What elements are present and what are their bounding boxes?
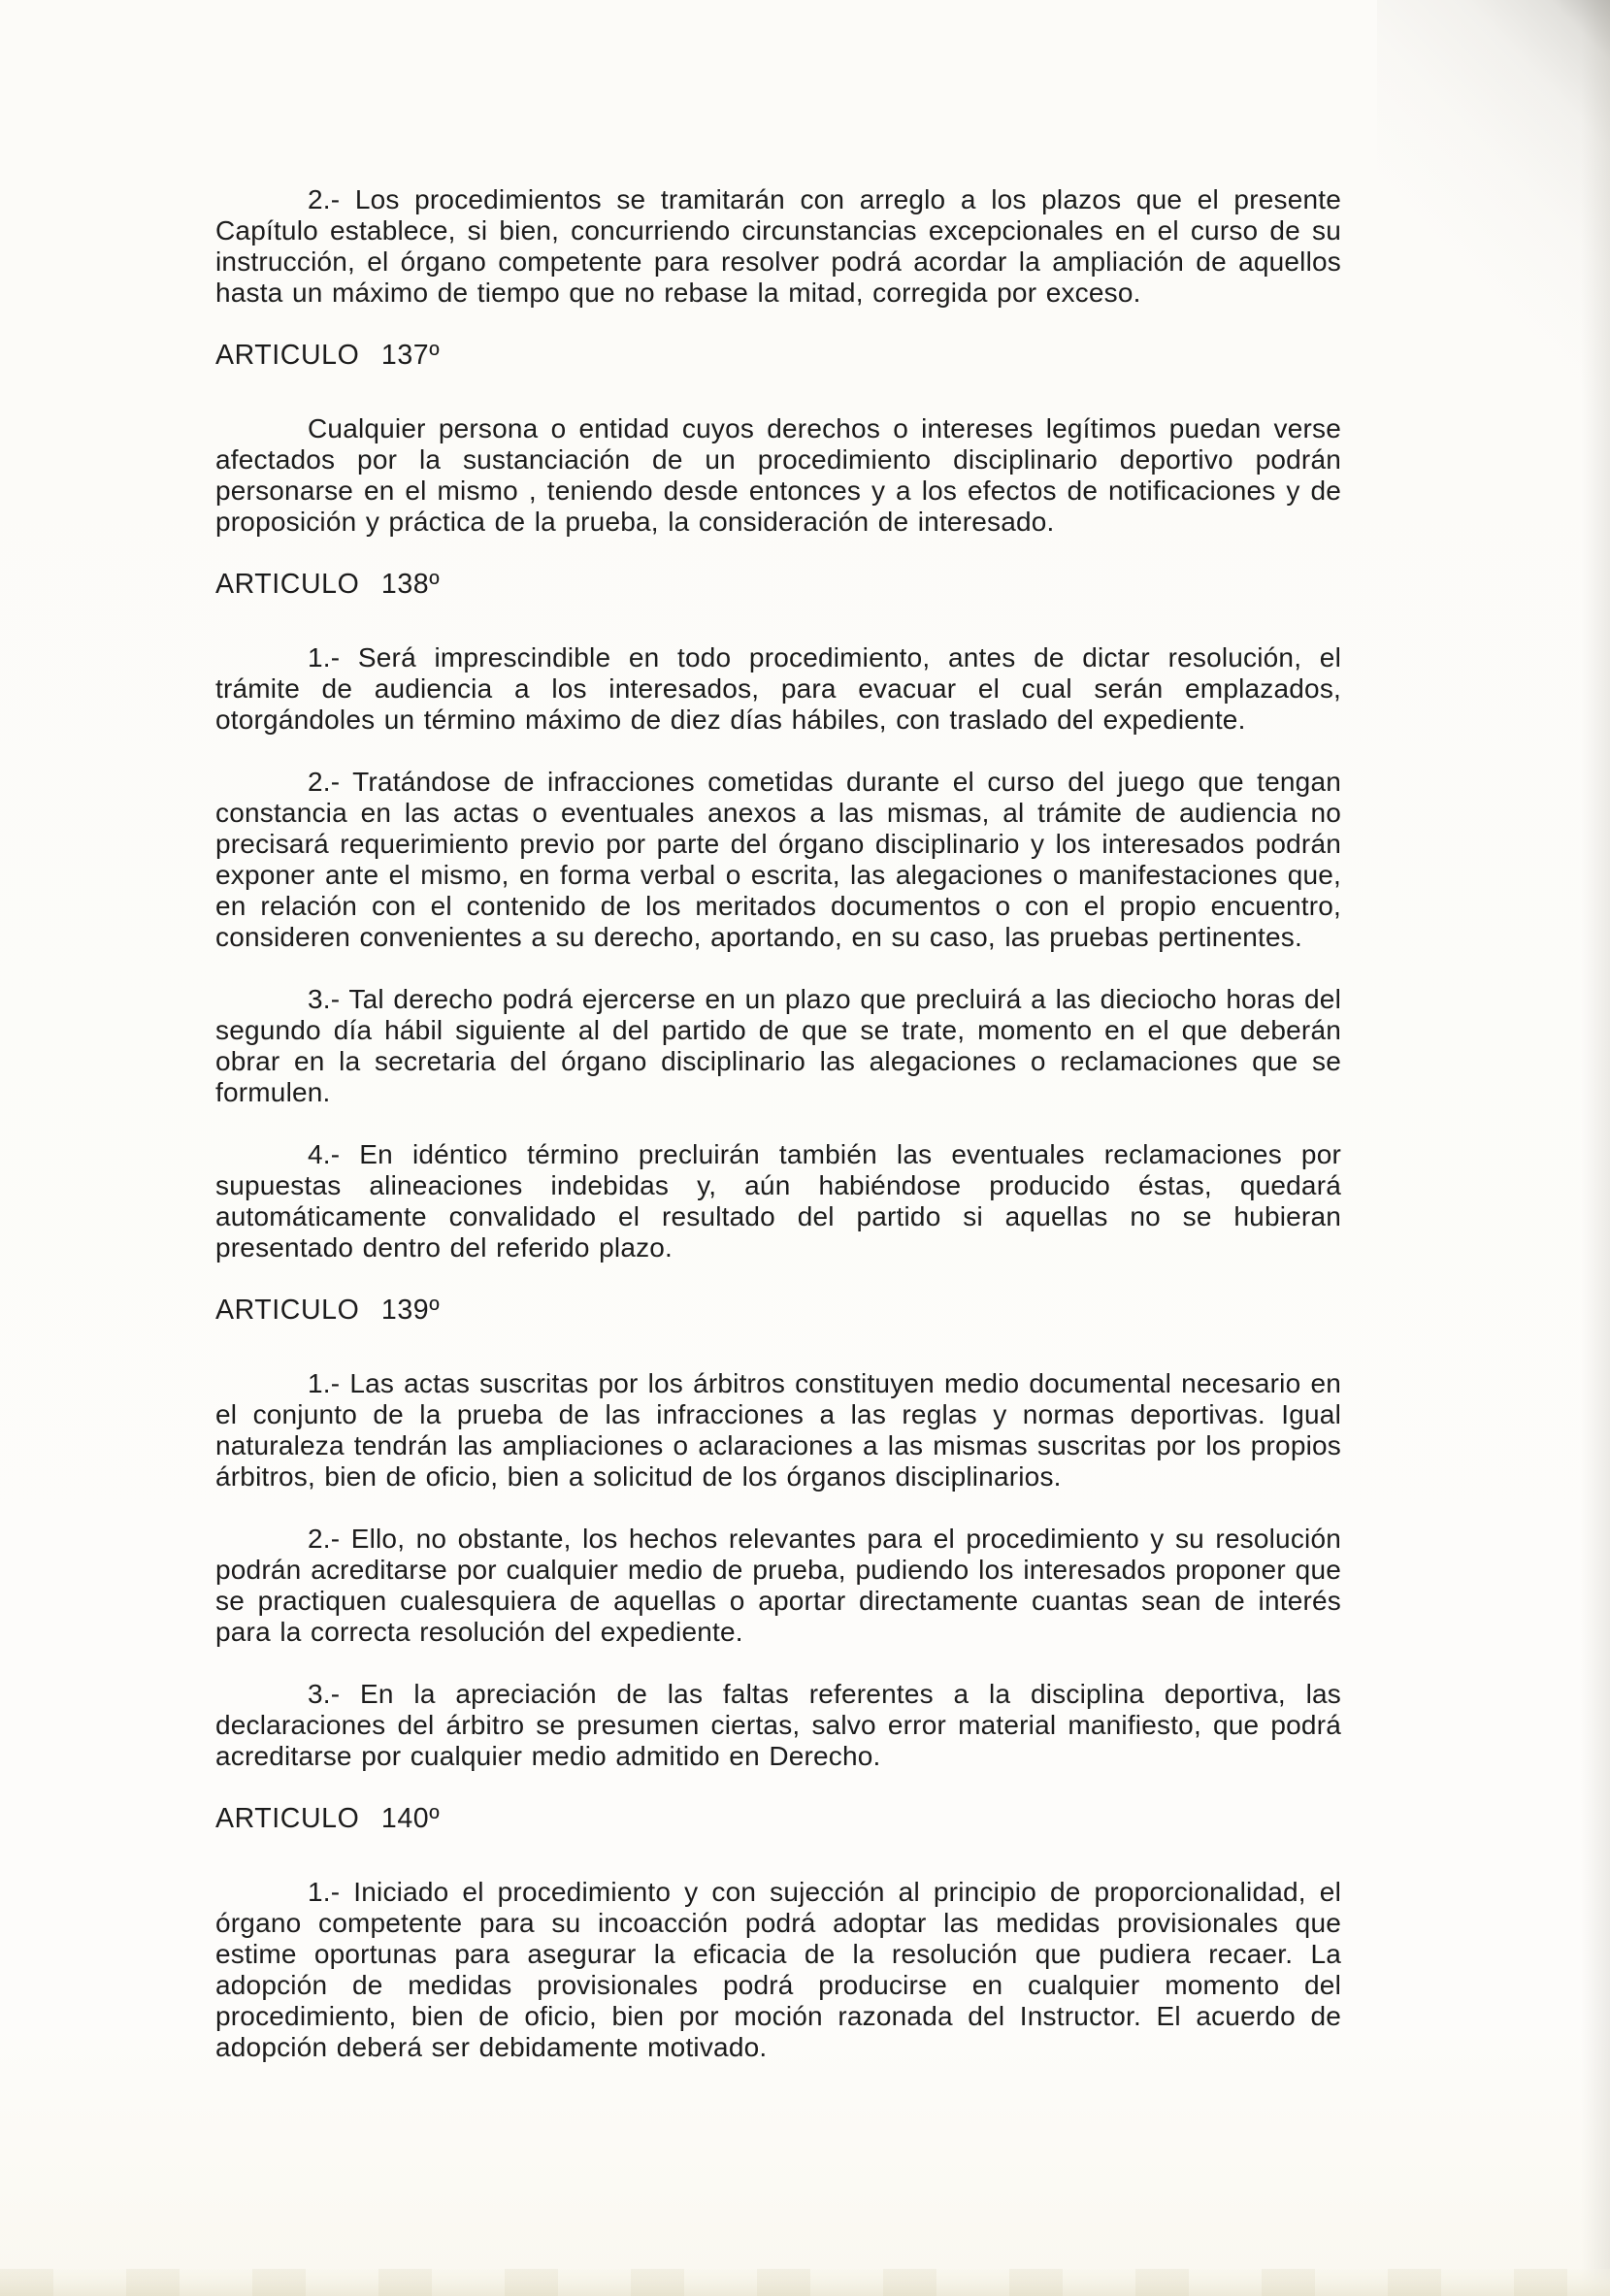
article-heading-140: ARTICULO 140º — [215, 1803, 1341, 1834]
scan-bottom-paper-edge — [0, 2269, 1610, 2296]
article-140-paragraph-1: 1.- Iniciado el procedimiento y con suje… — [215, 1877, 1341, 2063]
document-content: 2.- Los procedimientos se tramitarán con… — [215, 184, 1341, 2094]
article-138-paragraph-3: 3.- Tal derecho podrá ejercerse en un pl… — [215, 984, 1341, 1108]
clause-paragraph: 2.- Los procedimientos se tramitarán con… — [215, 184, 1341, 309]
scan-shadow-top-right-corner — [1377, 0, 1610, 446]
article-138-paragraph-2: 2.- Tratándose de infracciones cometidas… — [215, 767, 1341, 953]
document-page: 2.- Los procedimientos se tramitarán con… — [0, 0, 1610, 2296]
article-heading-138: ARTICULO 138º — [215, 569, 1341, 600]
scan-shadow-right-edge — [1581, 0, 1610, 2296]
article-heading-139: ARTICULO 139º — [215, 1295, 1341, 1326]
article-138-paragraph-4: 4.- En idéntico término precluirán tambi… — [215, 1139, 1341, 1263]
article-heading-137: ARTICULO 137º — [215, 340, 1341, 371]
article-139-paragraph-1: 1.- Las actas suscritas por los árbitros… — [215, 1368, 1341, 1492]
article-139-paragraph-2: 2.- Ello, no obstante, los hechos releva… — [215, 1524, 1341, 1648]
article-139-paragraph-3: 3.- En la apreciación de las faltas refe… — [215, 1679, 1341, 1772]
article-137-paragraph: Cualquier persona o entidad cuyos derech… — [215, 413, 1341, 538]
article-138-paragraph-1: 1.- Será imprescindible en todo procedim… — [215, 642, 1341, 736]
